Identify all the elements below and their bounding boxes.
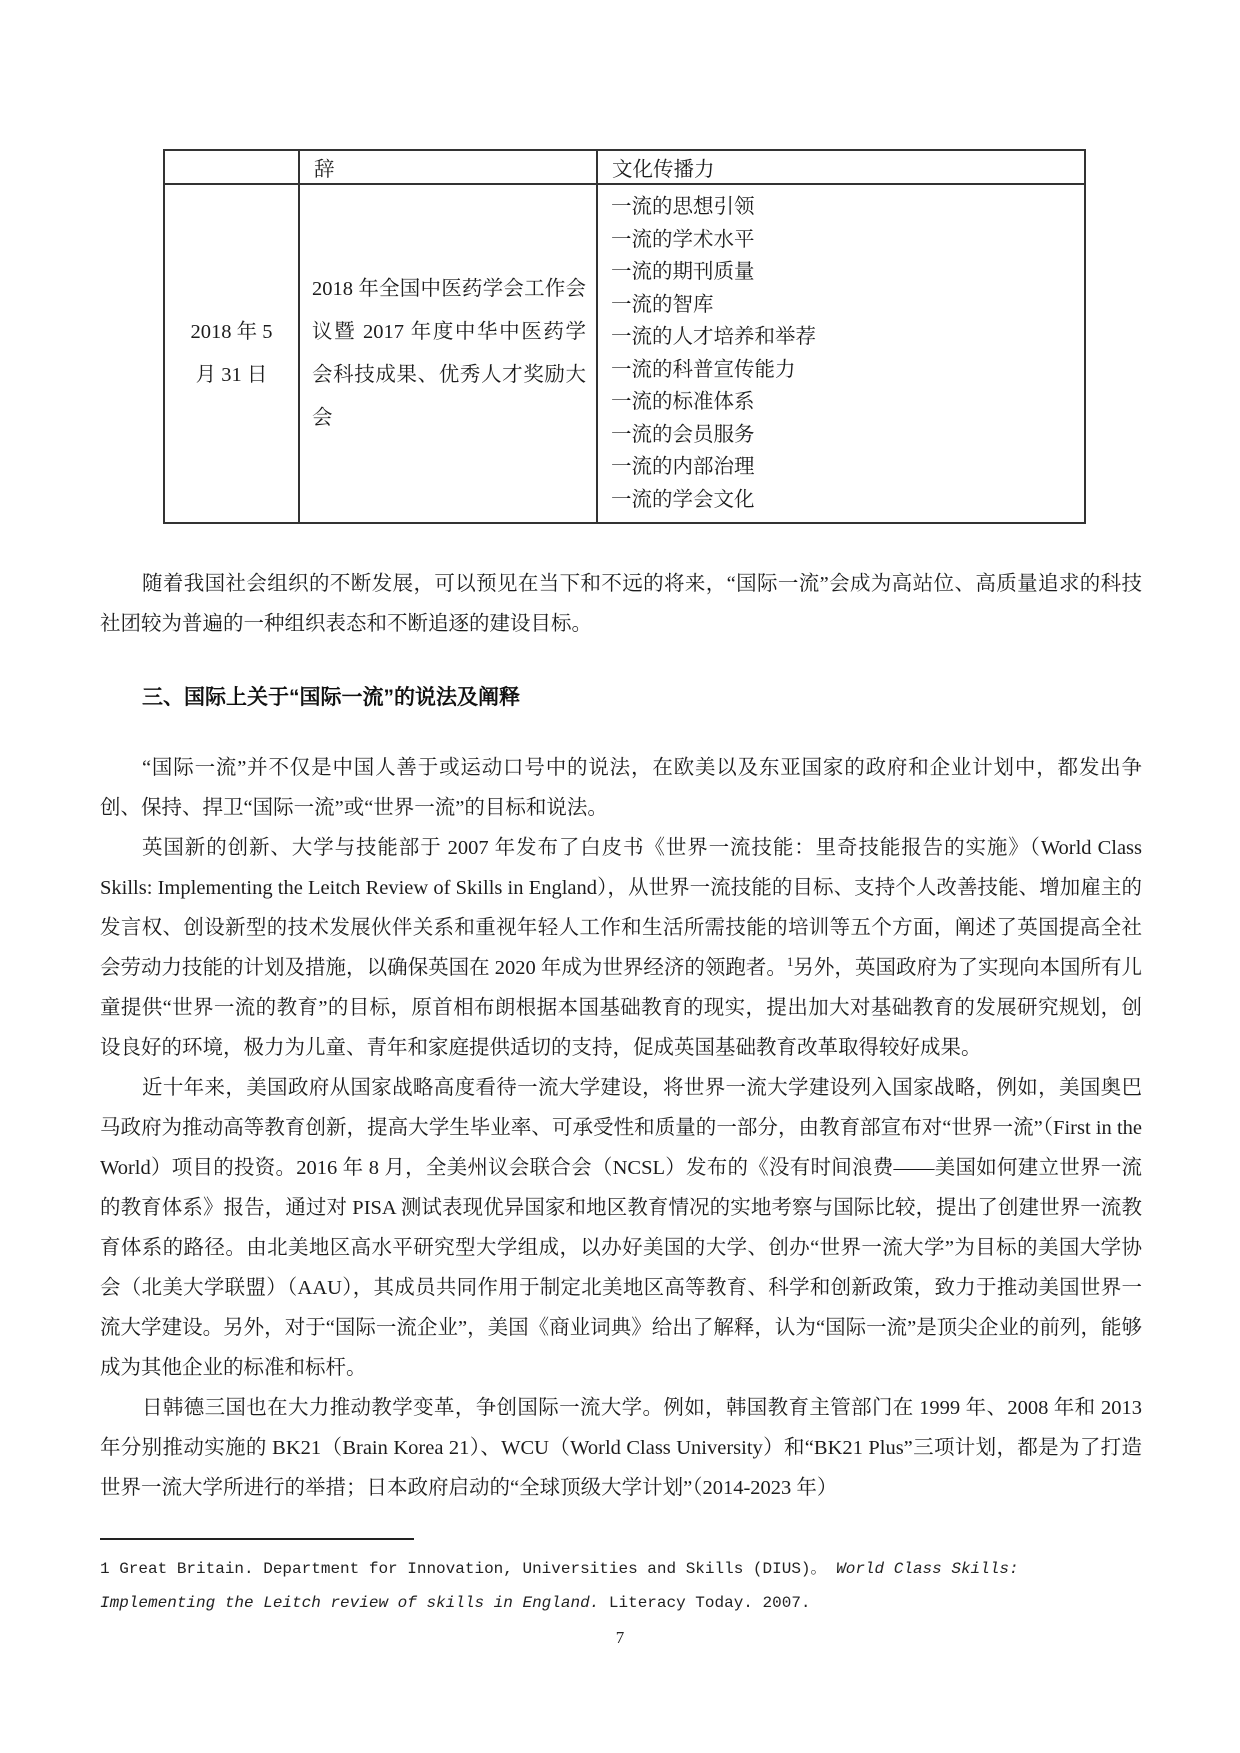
capability-item: 一流的标准体系 [611, 386, 1078, 419]
header-cell-culture: 文化传播力 [597, 150, 1085, 184]
date-line: 2018 年 5 [165, 311, 298, 354]
body-text: 随着我国社会组织的不断发展，可以预见在当下和不远的将来，“国际一流”会成为高站位… [100, 564, 1142, 1508]
page-content: 辞 文化传播力 2018 年 5 月 31 日 2018 年全国中医药学会工作会… [100, 149, 1142, 1508]
header-cell-event: 辞 [299, 150, 597, 184]
events-capabilities-table: 辞 文化传播力 2018 年 5 月 31 日 2018 年全国中医药学会工作会… [163, 149, 1086, 524]
capability-item: 一流的智库 [611, 289, 1078, 322]
capability-item: 一流的人才培养和举荐 [611, 321, 1078, 354]
capability-item: 一流的内部治理 [611, 451, 1078, 484]
paragraph-intro: “国际一流”并不仅是中国人善于或运动口号中的说法，在欧美以及东亚国家的政府和企业… [100, 748, 1142, 828]
paragraph-us: 近十年来，美国政府从国家战略高度看待一流大学建设，将世界一流大学建设列入国家战略… [100, 1068, 1142, 1388]
document-page: 辞 文化传播力 2018 年 5 月 31 日 2018 年全国中医药学会工作会… [0, 0, 1240, 1753]
section-heading: 三、国际上关于“国际一流”的说法及阐释 [100, 682, 1142, 714]
date-cell: 2018 年 5 月 31 日 [164, 184, 299, 523]
paragraph-development: 随着我国社会组织的不断发展，可以预见在当下和不远的将来，“国际一流”会成为高站位… [100, 564, 1142, 644]
footnote-text: 1 Great Britain. Department for Innovati… [100, 1552, 1142, 1620]
footnote-separator [100, 1538, 414, 1540]
capability-item: 一流的期刊质量 [611, 256, 1078, 289]
capability-list: 一流的思想引领一流的学术水平一流的期刊质量一流的智库一流的人才培养和举荐一流的科… [597, 184, 1085, 523]
footnote-citation-prefix: 1 Great Britain. Department for Innovati… [100, 1560, 836, 1578]
header-cell-date [164, 150, 299, 184]
table-row: 2018 年 5 月 31 日 2018 年全国中医药学会工作会议暨 2017 … [164, 184, 1085, 523]
event-cell: 2018 年全国中医药学会工作会议暨 2017 年度中华中医药学会科技成果、优秀… [299, 184, 597, 523]
paragraph-asia: 日韩德三国也在大力推动教学变革，争创国际一流大学。例如，韩国教育主管部门在 19… [100, 1388, 1142, 1508]
capability-item: 一流的会员服务 [611, 419, 1078, 452]
date-line: 月 31 日 [165, 354, 298, 397]
capability-item: 一流的科普宣传能力 [611, 354, 1078, 387]
paragraph-uk: 英国新的创新、大学与技能部于 2007 年发布了白皮书《世界一流技能：里奇技能报… [100, 828, 1142, 1068]
capability-item: 一流的思想引领 [611, 191, 1078, 224]
table-header-row: 辞 文化传播力 [164, 150, 1085, 184]
capability-item: 一流的学术水平 [611, 224, 1078, 257]
footnote-citation-suffix: Literacy Today. 2007. [599, 1594, 810, 1612]
page-number: 7 [0, 1628, 1240, 1648]
capability-item: 一流的学会文化 [611, 484, 1078, 517]
